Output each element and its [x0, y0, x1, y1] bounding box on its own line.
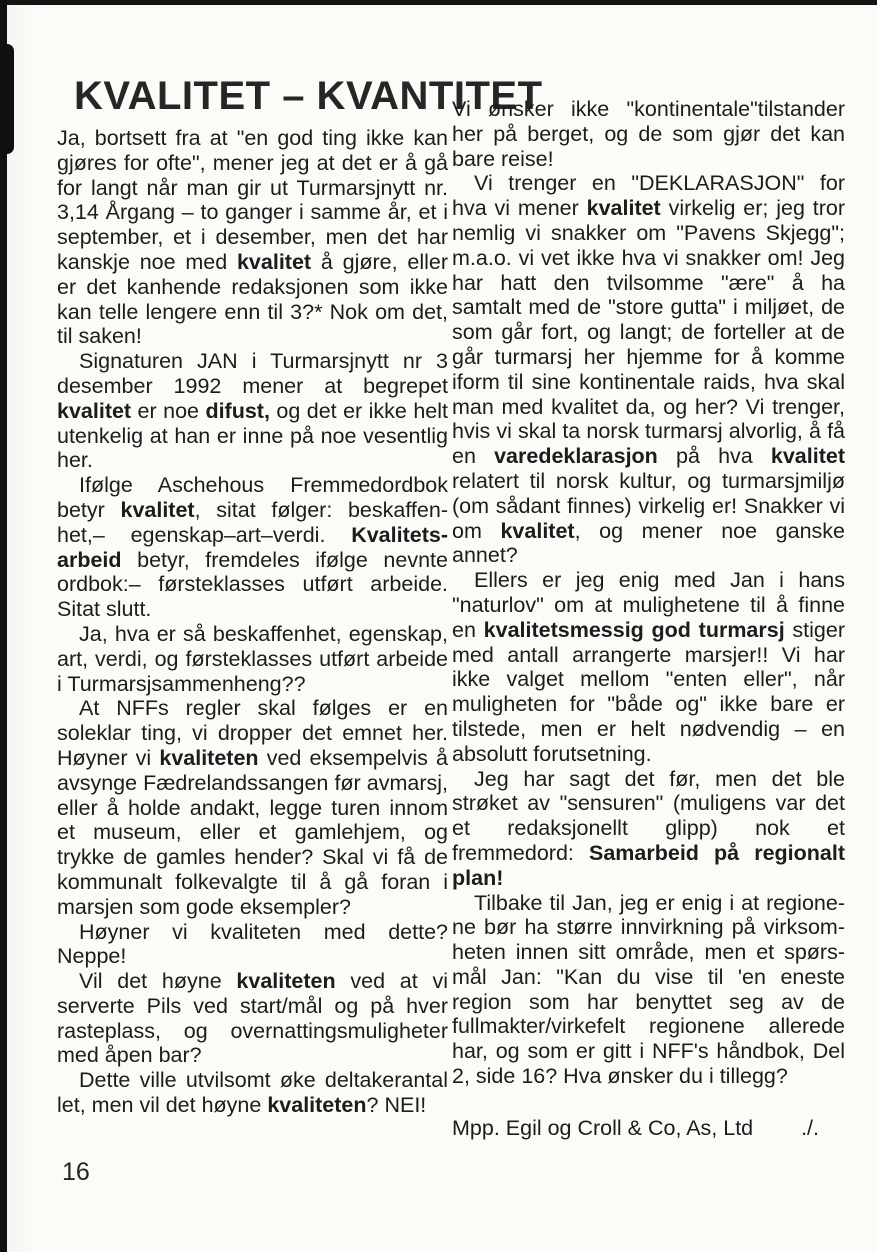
bold-text-run: kvalitet — [57, 399, 131, 423]
paragraph: At NFFs regler skal følges er en solekla… — [57, 696, 448, 919]
page-number: 16 — [62, 1158, 90, 1187]
bold-text-run: kvalitet — [120, 498, 194, 522]
text-run: virkelig er; jeg tror nemlig vi snakker … — [452, 196, 845, 468]
scan-edge-left-artifact — [0, 0, 7, 1252]
bold-text-run: kvalitet — [771, 444, 845, 468]
text-run: Vi ønsker ikke "kontinentale"tilstander … — [452, 97, 845, 171]
bold-text-run: kvaliteten — [159, 746, 258, 770]
text-run: ./. — [801, 1116, 819, 1141]
bold-text-run: kvalitet — [587, 196, 661, 220]
bold-text-run: difust, — [205, 399, 270, 423]
text-run: ? NEI! — [367, 1093, 427, 1117]
paragraph: Tilbake til Jan, jeg er enig i at region… — [452, 891, 845, 1089]
scan-edge-blob-artifact — [0, 44, 14, 154]
hole-punch-bottom — [796, 855, 840, 899]
column-left: Ja, bortsett fra at "en god ting ikke ka… — [57, 126, 448, 1118]
bold-text-run: kvalitetsmessig god turmarsj — [484, 618, 785, 642]
paragraph: Dette ville utvilsomt øke deltakerantal … — [57, 1068, 448, 1118]
text-run: Vil det høyne — [79, 969, 236, 993]
signature-line: Mpp. Egil og Croll & Co, As, Ltd./. — [452, 1116, 845, 1141]
bold-text-run: kvaliteten — [267, 1093, 366, 1117]
bold-text-run: kvalitet — [500, 519, 574, 543]
paragraph: Ellers er jeg enig med Jan i hans "natur… — [452, 568, 845, 766]
paragraph: Ifølge Aschehous Fremmedordbok betyr kva… — [57, 473, 448, 622]
paragraph: Ja, hva er så beskaffenhet, egenskap, ar… — [57, 622, 448, 696]
text-run: Ja, hva er så beskaffenhet, egenskap, ar… — [57, 622, 448, 696]
paragraph: Ja, bortsett fra at "en god ting ikke ka… — [57, 126, 448, 349]
text-run: Tilbake til Jan, jeg er enig i at region… — [452, 891, 845, 1089]
scan-edge-top-artifact — [6, 0, 877, 5]
hole-punch-top — [808, 377, 850, 419]
text-run: Signaturen JAN i Turmarsjnytt nr 3 desem… — [57, 349, 448, 398]
column-right: Vi ønsker ikke "kontinentale"tilstander … — [452, 97, 845, 1141]
paragraph: Vi trenger en "DEKLARASJON" for hva vi m… — [452, 171, 845, 568]
text-run: Høyner vi kvaliteten med dette? Neppe! — [57, 920, 448, 969]
bold-text-run: kvaliteten — [236, 969, 335, 993]
bold-text-run: varedeklarasjon — [494, 444, 658, 468]
bold-text-run: kvalitet — [237, 250, 311, 274]
paragraph: Vi ønsker ikke "kontinentale"tilstander … — [452, 97, 845, 171]
paragraph: Vil det høyne kvaliteten ved at vi serve… — [57, 969, 448, 1068]
text-run: på hva — [658, 444, 771, 468]
paragraph: Jeg har sagt det før, men det ble strøke… — [452, 767, 845, 891]
paragraph: Signaturen JAN i Turmarsjnytt nr 3 desem… — [57, 349, 448, 473]
scanned-document-page: KVALITET – KVANTITET Ja, bortsett fra at… — [0, 0, 877, 1252]
text-run: er noe — [131, 399, 205, 423]
paragraph: Høyner vi kvaliteten med dette? Neppe! — [57, 920, 448, 970]
text-run: Mpp. Egil og Croll & Co, As, Ltd — [452, 1116, 753, 1141]
text-run: ved eksempelvis å avsynge Fædrelandssang… — [57, 746, 448, 919]
